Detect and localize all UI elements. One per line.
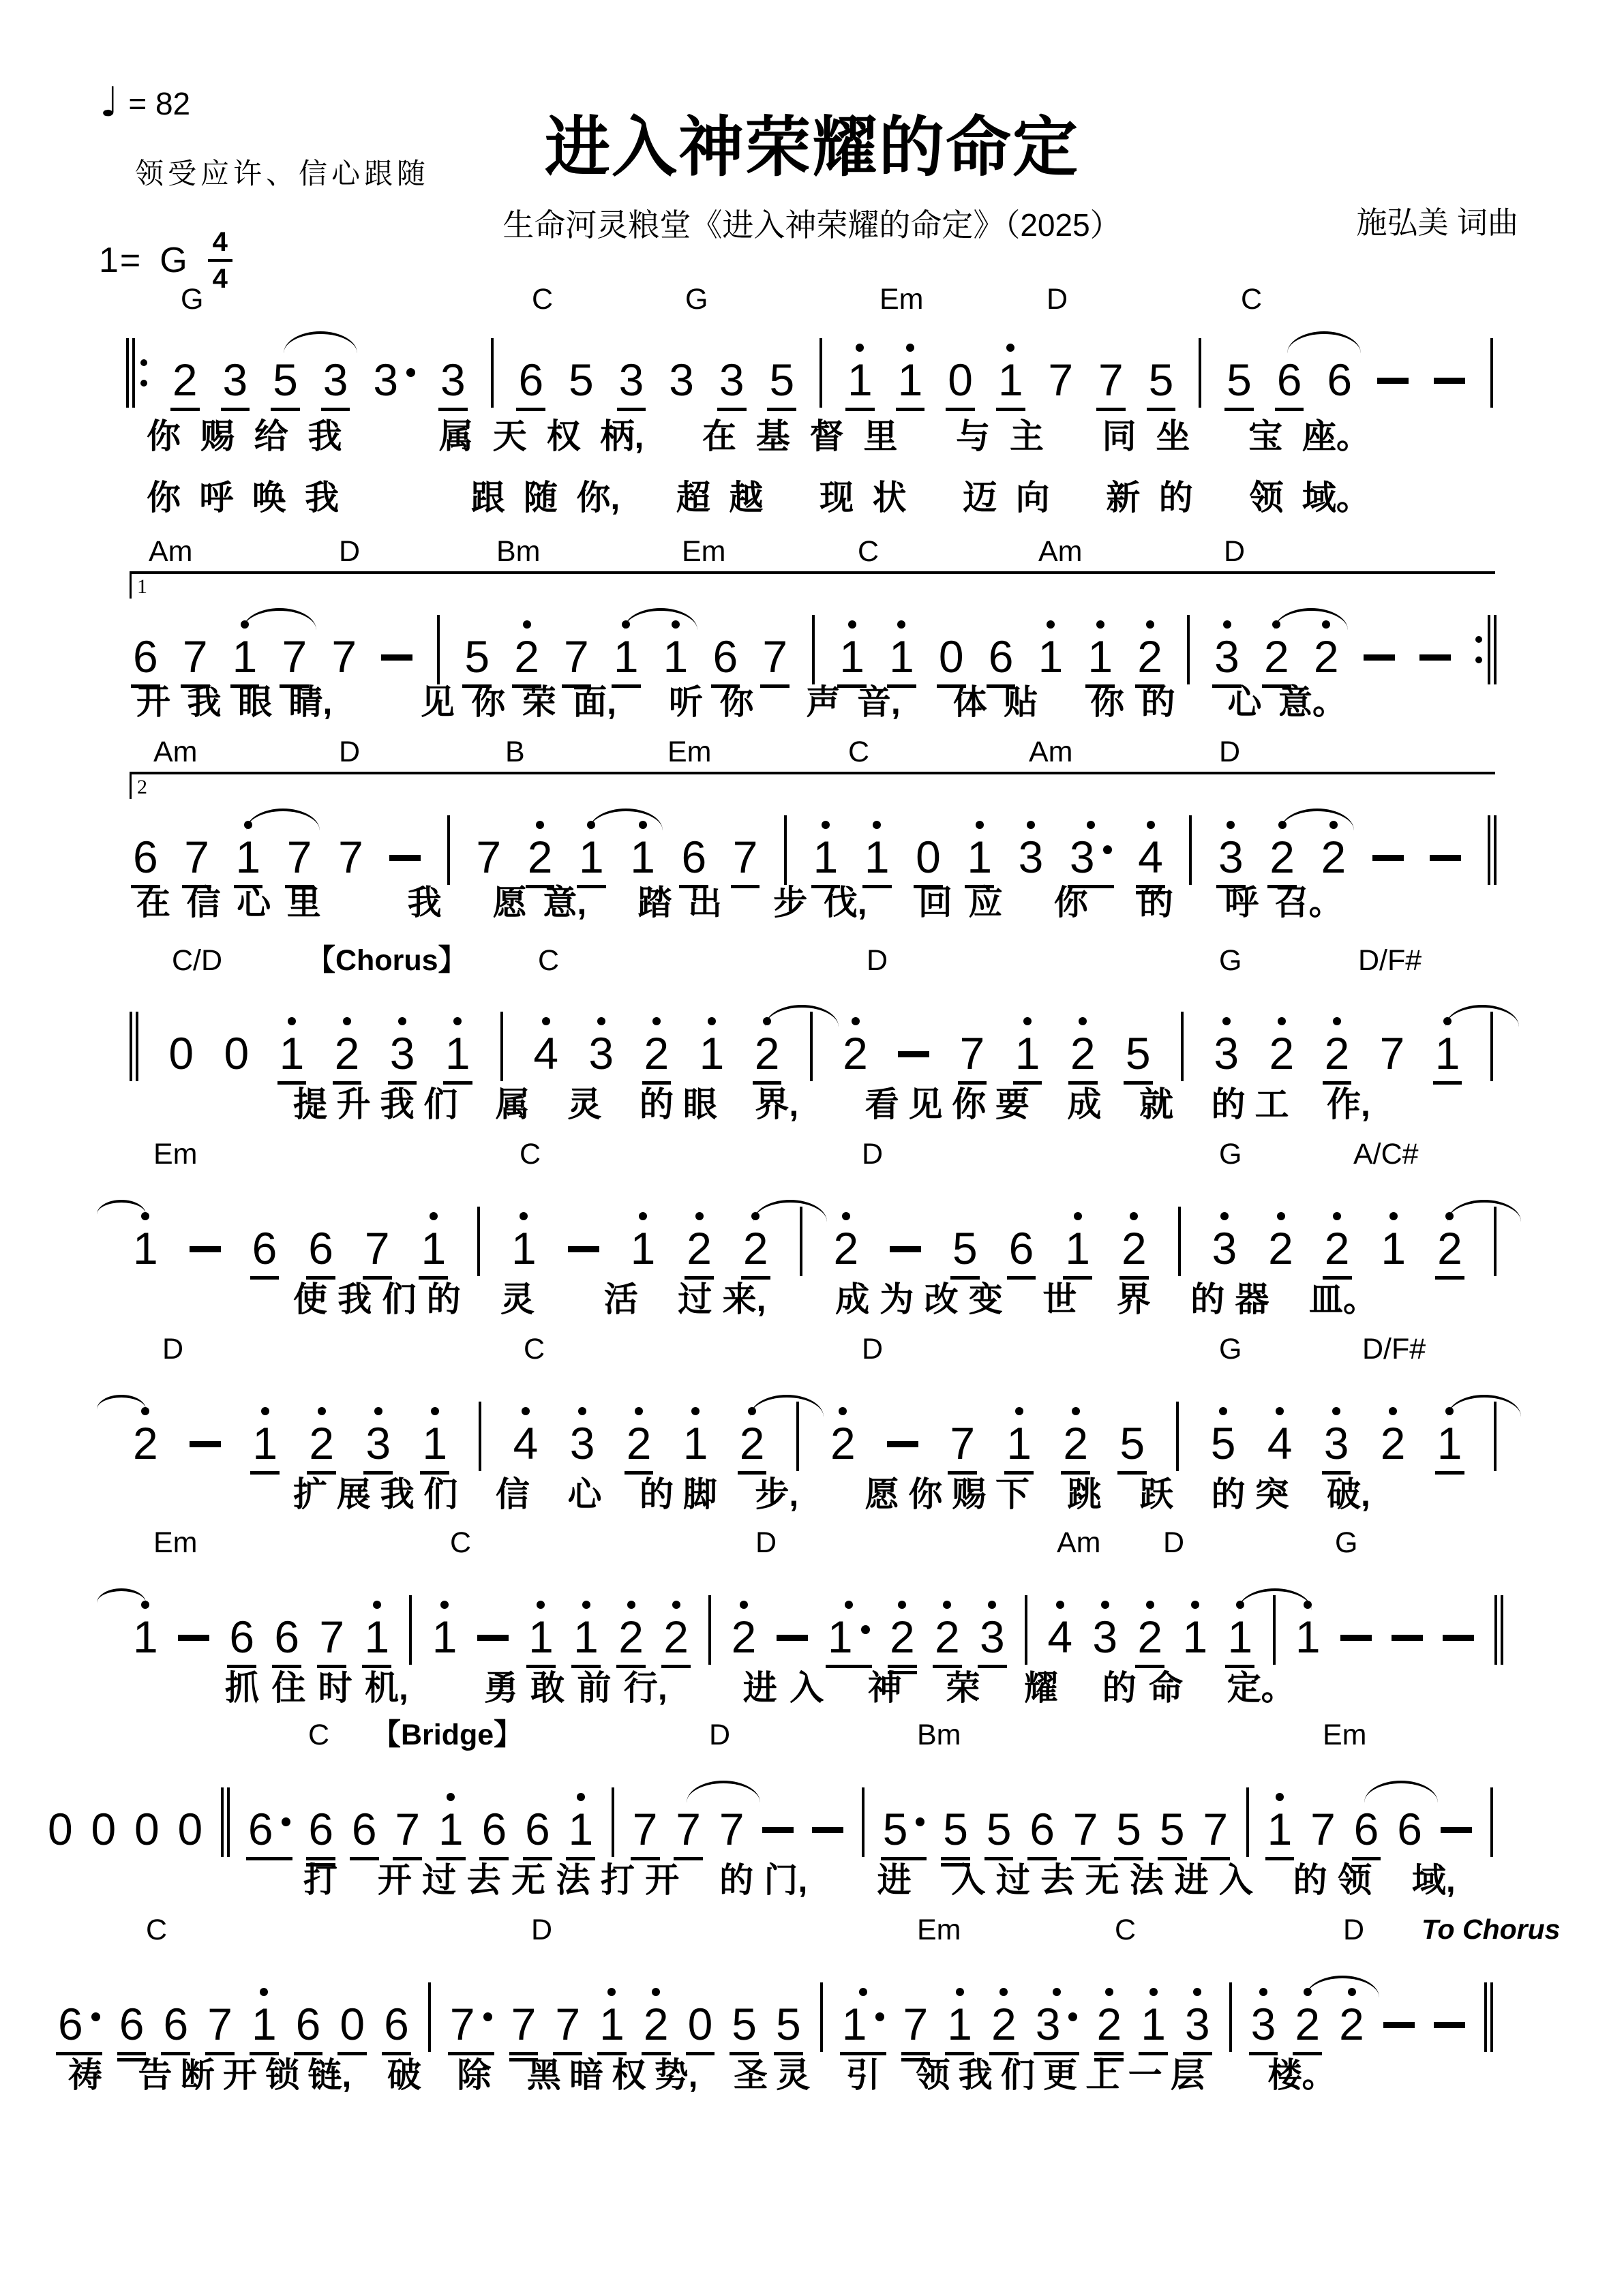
- note-digit: 2: [830, 1418, 856, 1468]
- note-digit: 1: [683, 1418, 708, 1468]
- barline: [1199, 338, 1201, 408]
- lyric-syllable: 跃: [1139, 1475, 1173, 1515]
- note: 1: [280, 1031, 305, 1076]
- lyric-syllable: 权: [612, 2056, 646, 2096]
- note-digit: 1: [898, 354, 923, 405]
- note-digit: 6: [248, 1804, 273, 1854]
- note: 3: [1214, 1031, 1239, 1076]
- lyric-syllable: 里: [287, 883, 321, 923]
- lyric-syllable: 活: [604, 1280, 638, 1320]
- key-value: G: [160, 240, 187, 281]
- note: 2: [1137, 1614, 1162, 1659]
- note-digit: 7: [365, 1223, 390, 1273]
- note-digit: 2: [1325, 1028, 1350, 1078]
- to-chorus-label: To Chorus: [1422, 1916, 1560, 1944]
- lyric-syllable: 们: [423, 1475, 457, 1515]
- note-digit: 5: [1119, 1418, 1145, 1468]
- augmentation-dot: [91, 2012, 100, 2021]
- composer-credit: 施弘美 词曲: [1356, 198, 1518, 242]
- note: 7: [733, 834, 758, 879]
- tempo-marking: ♩ = 82: [100, 82, 190, 123]
- note-digit: 6: [518, 354, 543, 405]
- lyric-syllable: 去: [467, 1861, 501, 1901]
- dash-note: [1383, 2022, 1415, 2028]
- rest-note: 0: [948, 357, 973, 402]
- dash-note: [1419, 654, 1451, 661]
- note-digit: 1: [579, 832, 604, 882]
- lyric-syllable: 现: [819, 479, 854, 518]
- note: 2: [1070, 1031, 1096, 1076]
- note: 1: [998, 357, 1023, 402]
- begin-repeat-barline: [126, 338, 147, 402]
- note: 2: [644, 1031, 670, 1076]
- note-digit: 7: [282, 631, 307, 682]
- lyric-syllable: 使: [293, 1280, 327, 1320]
- double-barline: [1488, 815, 1497, 885]
- note: 7: [331, 634, 357, 679]
- note-digit: 7: [183, 631, 208, 682]
- note-digit: 1: [828, 1612, 853, 1662]
- note: 1: [1381, 1226, 1406, 1271]
- note: 6: [713, 634, 738, 679]
- note: 6: [352, 1807, 377, 1852]
- lyric-syllable: 你: [952, 1085, 986, 1125]
- lyric-line: 开我眼睛,见你荣面,听你声音,体贴你的心意。: [136, 683, 1347, 723]
- note-digit: 2: [1096, 1999, 1122, 2049]
- note-digit: 1: [1435, 1028, 1460, 1078]
- lyric-syllable: 领: [1250, 479, 1284, 518]
- note: 5: [1149, 357, 1174, 402]
- lyric-syllable: 工: [1254, 1085, 1289, 1125]
- tie-arc: [246, 809, 320, 833]
- lyric-syllable: 成: [1068, 1085, 1102, 1125]
- note: 3: [1036, 2002, 1078, 2046]
- note-digit: 1: [1006, 1418, 1032, 1468]
- lyric-syllable: 行,: [624, 1669, 667, 1708]
- note: 2: [1096, 2002, 1122, 2046]
- note: 7: [365, 1226, 390, 1271]
- tie-arc: [687, 1781, 760, 1805]
- note-digit: 3: [619, 354, 644, 405]
- note-digit: 7: [633, 1804, 658, 1854]
- note-digit: 1: [236, 832, 261, 882]
- note: 1: [663, 634, 689, 679]
- note: 5: [943, 1807, 968, 1852]
- note: 3: [1212, 1226, 1237, 1271]
- note-digit: 2: [1268, 1223, 1293, 1273]
- volta-number: 1: [137, 575, 147, 599]
- note-digit: 3: [1324, 1418, 1349, 1468]
- note-digit: 1: [1038, 631, 1064, 682]
- lyric-syllable: 迈: [963, 479, 997, 518]
- note-digit: 0: [916, 832, 941, 882]
- barline: [819, 338, 822, 408]
- note: 1: [236, 834, 261, 879]
- lyric-syllable: 天: [493, 417, 527, 457]
- chord-label: C: [450, 1528, 471, 1558]
- barline: [1490, 338, 1493, 408]
- note: 1: [614, 634, 639, 679]
- lyric-syllable: 基: [756, 417, 790, 457]
- note-digit: 1: [133, 1223, 158, 1273]
- lyric-syllable: 过: [996, 1861, 1030, 1901]
- tie-arc: [1274, 608, 1348, 633]
- chord-label: Em: [153, 1140, 198, 1169]
- note: 7: [1203, 1807, 1228, 1852]
- lyric-syllable: 同: [1102, 417, 1137, 457]
- note-digit: 2: [1325, 1223, 1350, 1273]
- note: 7: [282, 634, 307, 679]
- note-digit: 6: [1277, 354, 1302, 405]
- dash-note: [190, 1246, 221, 1252]
- lyric-syllable: 命: [1149, 1669, 1183, 1708]
- note-digit: 0: [340, 1999, 365, 2049]
- lyric-syllable: 我: [305, 479, 339, 518]
- barline: [477, 1207, 480, 1276]
- lyric-syllable: 的: [1159, 479, 1193, 518]
- chord-label: D: [531, 1916, 552, 1945]
- note-digit: 3: [365, 1418, 391, 1468]
- note-digit: 6: [133, 631, 158, 682]
- quarter-note-icon: ♩: [100, 82, 119, 123]
- note-digit: 1: [432, 1612, 457, 1662]
- note-digit: 7: [338, 832, 363, 882]
- lyric-syllable: 提: [293, 1085, 327, 1125]
- lyric-syllable: 们: [423, 1085, 457, 1125]
- lyric-syllable: 无: [1085, 1861, 1119, 1901]
- note: 4: [1047, 1614, 1072, 1659]
- lyric-syllable: 伐,: [824, 883, 867, 923]
- note-digit: 7: [960, 1028, 985, 1078]
- tie-arc: [1280, 809, 1354, 833]
- lyric-syllable: 唤: [252, 479, 286, 518]
- note-digit: 2: [618, 1612, 644, 1662]
- lyric-syllable: 升: [337, 1085, 371, 1125]
- note-digit: 1: [232, 631, 258, 682]
- note: 1: [630, 834, 655, 879]
- note-digit: 3: [1212, 1223, 1237, 1273]
- note-digit: 7: [319, 1612, 344, 1662]
- dash-note: [812, 1827, 843, 1833]
- note: 2: [1269, 1031, 1294, 1076]
- note-digit: 5: [776, 1999, 801, 2049]
- lyric-syllable: 主: [1010, 417, 1044, 457]
- note-digit: 6: [352, 1804, 377, 1854]
- note: 1: [252, 2002, 277, 2046]
- note: 1: [599, 2002, 625, 2046]
- rest-note: 0: [224, 1031, 249, 1076]
- note: 3: [570, 1421, 595, 1466]
- note-digit: 4: [1267, 1418, 1293, 1468]
- note-digit: 6: [525, 1804, 550, 1854]
- note: 1: [568, 1807, 593, 1852]
- lyric-syllable: 锁: [265, 2056, 299, 2096]
- lyric-syllable: 我: [959, 2056, 993, 2096]
- note: 3: [619, 357, 644, 402]
- note-digit: 1: [1227, 1612, 1252, 1662]
- note-digit: 2: [528, 832, 553, 882]
- note: 1: [1065, 1226, 1090, 1271]
- lyric-syllable: 荣: [522, 683, 556, 723]
- lyric-syllable: 跟: [471, 479, 505, 518]
- note: 6: [989, 634, 1014, 679]
- lyric-line: 扩展我们信心的脚步,愿你赐下跳跃的突破,: [293, 1475, 1370, 1515]
- note: 7: [184, 834, 209, 879]
- lyric-syllable: 呼: [199, 479, 233, 518]
- note-digit: 4: [1138, 832, 1163, 882]
- lyric-line: 提升我们属灵的眼界,看见你要成就的工作,: [293, 1085, 1370, 1125]
- rest-note: 0: [178, 1807, 203, 1852]
- lyric-syllable: 定。: [1227, 1669, 1295, 1708]
- note: 3: [1218, 834, 1244, 879]
- note: 6: [384, 2002, 409, 2046]
- lyric-syllable: 入: [790, 1669, 824, 1708]
- note-digit: 1: [1141, 1999, 1166, 2049]
- note-digit: 6: [119, 1999, 145, 2049]
- chord-label: C: [520, 1140, 541, 1169]
- barline: [500, 1012, 503, 1081]
- chord-label: C: [524, 1335, 545, 1364]
- note: 1: [847, 357, 873, 402]
- chord-label: Am: [1038, 537, 1083, 567]
- lyric-syllable: 入: [951, 1861, 985, 1901]
- note: 3: [373, 357, 415, 402]
- note-digit: 3: [1185, 1999, 1210, 2049]
- note-digit: 2: [935, 1612, 960, 1662]
- note: 1: [232, 634, 258, 679]
- chord-label: C: [848, 738, 869, 767]
- note: 5: [464, 634, 490, 679]
- lyric-syllable: 心: [237, 883, 271, 923]
- note-digit: 7: [1048, 354, 1073, 405]
- note-digit: 1: [631, 1223, 656, 1273]
- note-digit: 6: [713, 631, 738, 682]
- augmentation-dot: [483, 2012, 492, 2021]
- key-label: 1=: [99, 240, 142, 281]
- lyric-syllable: 无: [511, 1861, 545, 1901]
- note-digit: 6: [1009, 1223, 1034, 1273]
- note: 3: [1092, 1614, 1117, 1659]
- tie-arc: [1445, 1005, 1519, 1029]
- lyric-syllable: 过: [422, 1861, 456, 1901]
- note: 7: [450, 2002, 492, 2046]
- lyric-syllable: 心: [1228, 683, 1262, 723]
- lyric-syllable: 神: [868, 1669, 902, 1708]
- note-digit: 6: [384, 1999, 409, 2049]
- note: 1: [1015, 1031, 1040, 1076]
- note: 5: [883, 1807, 925, 1852]
- note: 1: [1182, 1614, 1207, 1659]
- lyric-syllable: 应: [969, 883, 1003, 923]
- lyric-syllable: 领: [1338, 1861, 1372, 1901]
- chord-label: Am: [153, 738, 198, 767]
- note-digit: 2: [1314, 631, 1339, 682]
- note: 6: [1009, 1226, 1034, 1271]
- note: 2: [687, 1226, 712, 1271]
- lyric-syllable: 愿: [865, 1475, 899, 1515]
- note: 3: [1185, 2002, 1210, 2046]
- repeat-dots: [140, 338, 147, 408]
- note: 3: [669, 357, 694, 402]
- lyric-syllable: 睛,: [288, 683, 332, 723]
- note-digit: 1: [839, 631, 864, 682]
- note-digit: 1: [998, 354, 1023, 405]
- note: 2: [1063, 1421, 1088, 1466]
- double-barline: [1484, 1982, 1493, 2052]
- barline: [812, 615, 815, 684]
- note: 1: [813, 834, 839, 879]
- lyric-syllable: 法: [556, 1861, 590, 1901]
- note: 5: [1119, 1421, 1145, 1466]
- note: 6: [133, 634, 158, 679]
- lyric-syllable: 法: [1130, 1861, 1164, 1901]
- note-digit: 6: [989, 631, 1014, 682]
- note: 1: [252, 1421, 277, 1466]
- lyric-syllable: 你: [471, 683, 505, 723]
- note: 2: [1325, 1031, 1350, 1076]
- dash-note: [890, 1246, 921, 1252]
- note-digit: 6: [308, 1223, 333, 1273]
- note: 7: [1098, 357, 1124, 402]
- lyric-syllable: 你: [147, 417, 181, 457]
- lyric-syllable: 眼: [238, 683, 272, 723]
- note-digit: 6: [481, 1804, 507, 1854]
- note: 7: [338, 834, 363, 879]
- note: 3: [390, 1031, 415, 1076]
- lyric-syllable: 耀: [1024, 1669, 1058, 1708]
- note: 6: [525, 1807, 550, 1852]
- note: 2: [172, 357, 198, 402]
- note-digit: 6: [1354, 1804, 1379, 1854]
- note: 1: [839, 634, 864, 679]
- barline: [862, 1787, 864, 1857]
- note-digit: 3: [669, 354, 694, 405]
- note: 7: [762, 634, 787, 679]
- lyric-syllable: 住: [271, 1669, 305, 1708]
- chord-label: G: [1335, 1528, 1357, 1558]
- note-digit: 6: [1029, 1804, 1055, 1854]
- note-digit: 0: [168, 1028, 194, 1078]
- chord-label: C: [532, 285, 553, 314]
- note-digit: 4: [1047, 1612, 1072, 1662]
- lyric-syllable: 告: [138, 2056, 172, 2096]
- lyric-line: 在信心里我愿意,踏出步伐,回应你的呼召。: [136, 883, 1343, 923]
- note: 1: [889, 634, 914, 679]
- note: 1: [864, 834, 890, 879]
- note-digit: 2: [1264, 631, 1289, 682]
- lyric-syllable: 见: [421, 683, 455, 723]
- note-digit: 1: [864, 832, 890, 882]
- lyric-syllable: 界,: [755, 1085, 798, 1125]
- note-digit: 2: [890, 1612, 915, 1662]
- tie-arc: [1287, 331, 1361, 356]
- chord-label: D: [1343, 1916, 1364, 1945]
- note-digit: 2: [732, 1612, 757, 1662]
- note: 1: [1006, 1421, 1032, 1466]
- tie-arc: [284, 331, 357, 356]
- note-digit: 0: [91, 1804, 117, 1854]
- barline: [1246, 1787, 1249, 1857]
- note: 2: [743, 1226, 768, 1271]
- lyric-syllable: 界: [1117, 1280, 1151, 1320]
- chord-label: C: [538, 946, 559, 976]
- note: 3: [440, 357, 466, 402]
- dash-note: [1443, 1635, 1474, 1641]
- lyric-syllable: 进: [743, 1669, 777, 1708]
- note: 5: [769, 357, 794, 402]
- note-digit: 2: [627, 1418, 652, 1468]
- note: 6: [308, 1226, 333, 1271]
- lyric-line: 打开过去无法打开的门,进入过去无法进入的领域,: [303, 1861, 1456, 1901]
- lyric-syllable: 的: [1212, 1475, 1246, 1515]
- note: 2: [1264, 634, 1289, 679]
- augmentation-dot: [406, 368, 415, 377]
- note-digit: 3: [980, 1612, 1005, 1662]
- lyric-syllable: 信: [496, 1475, 530, 1515]
- note-digit: 7: [450, 1999, 475, 2049]
- note-digit: 3: [1214, 631, 1239, 682]
- lyric-syllable: 督: [810, 417, 844, 457]
- note-digit: 1: [1182, 1612, 1207, 1662]
- chord-label: D: [862, 1140, 883, 1169]
- double-barline: [1494, 1595, 1503, 1665]
- lyric-syllable: 赐: [200, 417, 235, 457]
- tie-arc-in: [97, 1588, 146, 1613]
- note-digit: 1: [947, 1999, 972, 2049]
- note: 1: [432, 1614, 457, 1659]
- note: 6: [1397, 1807, 1422, 1852]
- barline: [1176, 1402, 1179, 1471]
- note: 7: [719, 1807, 745, 1852]
- note-digit: 3: [1251, 1999, 1276, 2049]
- lyric-syllable: 开: [378, 1861, 412, 1901]
- lyric-syllable: 开: [223, 2056, 257, 2096]
- chord-label: B: [505, 738, 525, 767]
- repeat-dot: [140, 359, 147, 366]
- barline: [708, 1595, 711, 1665]
- note: 2: [732, 1614, 757, 1659]
- note-digit: 2: [740, 1418, 765, 1468]
- lyric-syllable: 随: [524, 479, 558, 518]
- note-digit: 5: [569, 354, 594, 405]
- note-digit: 2: [1269, 1028, 1294, 1078]
- lyric-syllable: 超: [676, 479, 710, 518]
- chord-label: C: [1115, 1916, 1136, 1945]
- time-signature: 4 4: [208, 228, 232, 292]
- note-digit: 5: [732, 1999, 757, 2049]
- note: 2: [740, 1421, 765, 1466]
- chord-label: Em: [879, 285, 924, 314]
- lyric-syllable: 的: [1293, 1861, 1327, 1901]
- note-digit: 7: [564, 631, 589, 682]
- lyric-syllable: 扩: [293, 1475, 327, 1515]
- chord-label: D: [339, 738, 360, 767]
- chord-label: G: [685, 285, 708, 314]
- chord-label: A/C#: [1353, 1140, 1419, 1169]
- note-digit: 7: [287, 832, 312, 882]
- page-title: 进入神荣耀的命定: [545, 95, 1079, 189]
- notes-line: 1667111222561232212: [133, 1194, 1497, 1271]
- note: 7: [183, 634, 208, 679]
- chord-label: D: [1224, 537, 1245, 567]
- barline: [784, 815, 787, 885]
- note: 7: [1048, 357, 1073, 402]
- note-digit: 0: [688, 1999, 713, 2049]
- volta-bracket: 2: [130, 772, 1495, 799]
- lyric-syllable: 在: [136, 883, 170, 923]
- note: 5: [776, 2002, 801, 2046]
- note-digit: 1: [1065, 1223, 1090, 1273]
